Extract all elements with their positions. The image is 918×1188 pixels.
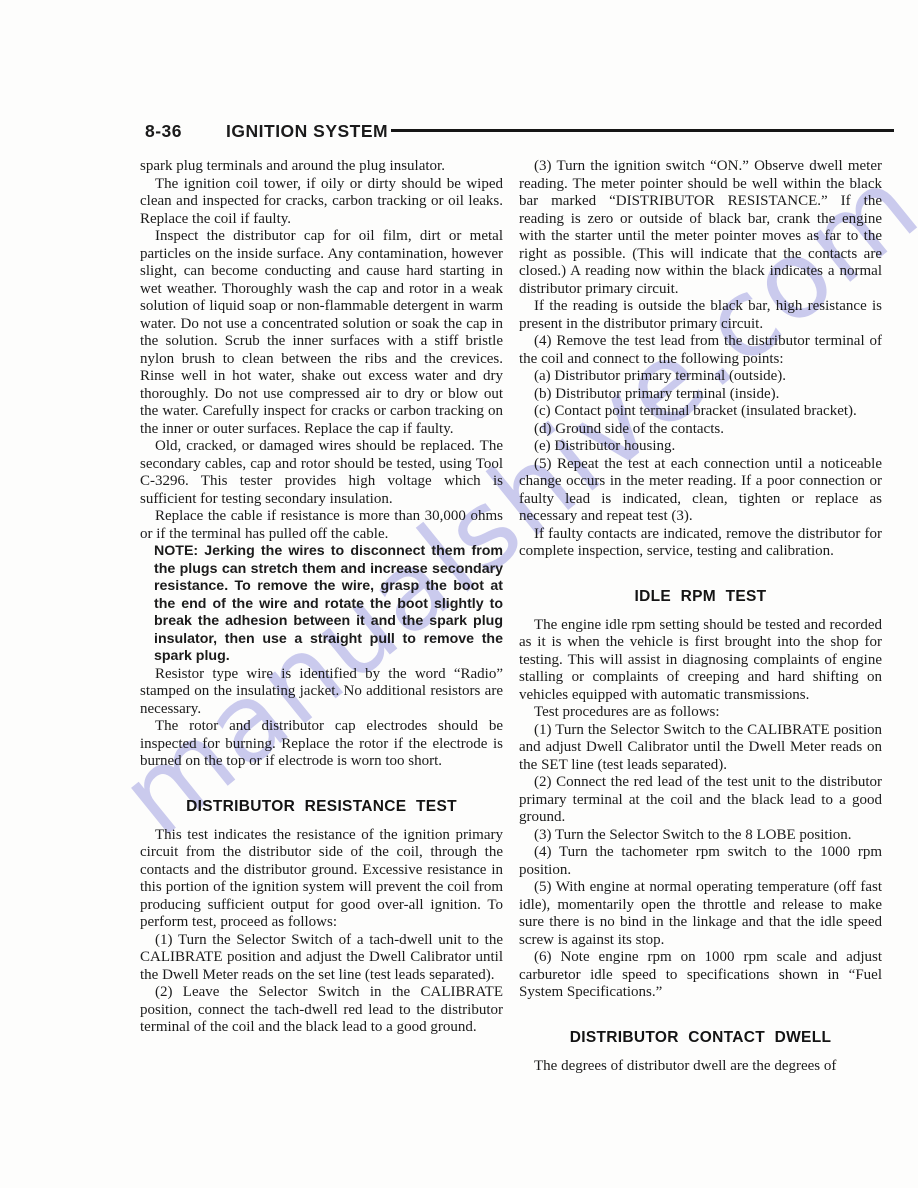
- paragraph: spark plug terminals and around the plug…: [140, 158, 503, 176]
- paragraph: (2) Connect the red lead of the test uni…: [519, 774, 882, 827]
- page-header: 8-36 IGNITION SYSTEM: [145, 121, 894, 142]
- heading-distributor-contact-dwell: DISTRIBUTOR CONTACT DWELL: [519, 1029, 882, 1047]
- page-section-title: IGNITION SYSTEM: [226, 121, 388, 142]
- paragraph: The rotor and distributor cap electrodes…: [140, 718, 503, 771]
- header-rule: [391, 129, 894, 132]
- list-item: (e) Distributor housing.: [519, 438, 882, 456]
- list-item: (a) Distributor primary terminal (outsid…: [519, 368, 882, 386]
- paragraph: (1) Turn the Selector Switch of a tach-d…: [140, 932, 503, 985]
- list-item: (b) Distributor primary terminal (inside…: [519, 386, 882, 404]
- paragraph: The degrees of distributor dwell are the…: [519, 1058, 882, 1076]
- paragraph: (1) Turn the Selector Switch to the CALI…: [519, 722, 882, 775]
- manual-page: manualshive.com 8-36 IGNITION SYSTEM spa…: [0, 0, 918, 1188]
- paragraph: (3) Turn the Selector Switch to the 8 LO…: [519, 827, 882, 845]
- page-number: 8-36: [145, 121, 182, 142]
- right-column: (3) Turn the ignition switch “ON.” Obser…: [519, 158, 882, 1075]
- paragraph: (3) Turn the ignition switch “ON.” Obser…: [519, 158, 882, 298]
- paragraph: Test procedures are as follows:: [519, 704, 882, 722]
- paragraph: This test indicates the resistance of th…: [140, 827, 503, 932]
- heading-idle-rpm-test: IDLE RPM TEST: [519, 588, 882, 606]
- paragraph: (2) Leave the Selector Switch in the CAL…: [140, 984, 503, 1037]
- note-block: NOTE: Jerking the wires to disconnect th…: [140, 543, 503, 666]
- paragraph: The engine idle rpm setting should be te…: [519, 617, 882, 705]
- heading-distributor-resistance-test: DISTRIBUTOR RESISTANCE TEST: [140, 798, 503, 816]
- paragraph: (4) Remove the test lead from the distri…: [519, 333, 882, 368]
- paragraph: Inspect the distributor cap for oil film…: [140, 228, 503, 438]
- paragraph: (6) Note engine rpm on 1000 rpm scale an…: [519, 949, 882, 1002]
- list-item: (d) Ground side of the contacts.: [519, 421, 882, 439]
- paragraph: Resistor type wire is identified by the …: [140, 666, 503, 719]
- paragraph: Replace the cable if resistance is more …: [140, 508, 503, 543]
- left-column: spark plug terminals and around the plug…: [140, 158, 503, 1037]
- paragraph: Old, cracked, or damaged wires should be…: [140, 438, 503, 508]
- paragraph: The ignition coil tower, if oily or dirt…: [140, 176, 503, 229]
- paragraph: (4) Turn the tachometer rpm switch to th…: [519, 844, 882, 879]
- paragraph: (5) Repeat the test at each connection u…: [519, 456, 882, 526]
- paragraph: (5) With engine at normal operating temp…: [519, 879, 882, 949]
- paragraph: If faulty contacts are indicated, remove…: [519, 526, 882, 561]
- paragraph: If the reading is outside the black bar,…: [519, 298, 882, 333]
- list-item: (c) Contact point terminal bracket (insu…: [519, 403, 882, 421]
